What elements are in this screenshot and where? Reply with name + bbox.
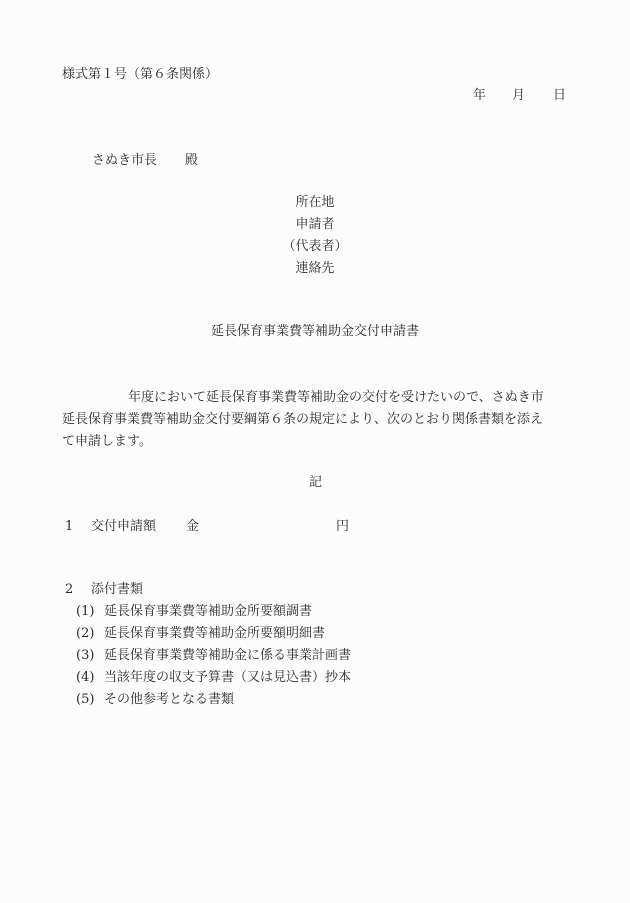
date-day-label: 日 <box>553 88 566 104</box>
date-year-label: 年 <box>473 88 486 104</box>
body-line: 年度において延長保育事業費等補助金の交付を受けたいので、さぬき市 <box>62 387 582 409</box>
attachment-item-text: 延長保育事業費等補助金に係る事業計画書 <box>104 648 351 664</box>
amount-prefix: 金 <box>186 519 199 535</box>
ki-marker: 記 <box>309 475 322 491</box>
attachment-item-text: その他参考となる書類 <box>104 692 234 708</box>
attachment-item-text: 延長保育事業費等補助金所要額調書 <box>104 604 312 620</box>
addressee-name: さぬき市長 <box>92 153 157 169</box>
attachment-item-number: (1) <box>76 604 94 620</box>
amount-suffix: 円 <box>336 519 349 535</box>
contact-label: 連絡先 <box>0 261 630 277</box>
attachment-item-number: (2) <box>76 626 94 642</box>
date-month-label: 月 <box>512 88 525 104</box>
representative-label: （代表者） <box>0 239 630 255</box>
attachment-item-text: 当該年度の収支予算書（又は見込書）抄本 <box>104 670 351 686</box>
addressee-honorific: 殿 <box>185 153 198 169</box>
body-paragraph: 年度において延長保育事業費等補助金の交付を受けたいので、さぬき市 延長保育事業費… <box>62 387 582 453</box>
attachment-item-number: (4) <box>76 670 94 686</box>
section-1-label: 交付申請額 <box>91 519 156 535</box>
form-number: 様式第１号（第６条関係） <box>62 67 218 83</box>
attachment-item-number: (3) <box>76 648 94 664</box>
section-1-number: 1 <box>65 519 73 535</box>
address-label: 所在地 <box>0 195 630 211</box>
document-title: 延長保育事業費等補助金交付申請書 <box>0 324 630 340</box>
applicant-label: 申請者 <box>0 217 630 233</box>
attachment-item-number: (5) <box>76 692 94 708</box>
body-line: 延長保育事業費等補助金交付要綱第６条の規定により、次のとおり関係書類を添え <box>62 409 582 431</box>
section-2-label: 添付書類 <box>91 582 143 598</box>
attachment-item-text: 延長保育事業費等補助金所要額明細書 <box>104 626 325 642</box>
section-2-number: 2 <box>65 582 73 598</box>
body-line: て申請します。 <box>62 431 582 453</box>
